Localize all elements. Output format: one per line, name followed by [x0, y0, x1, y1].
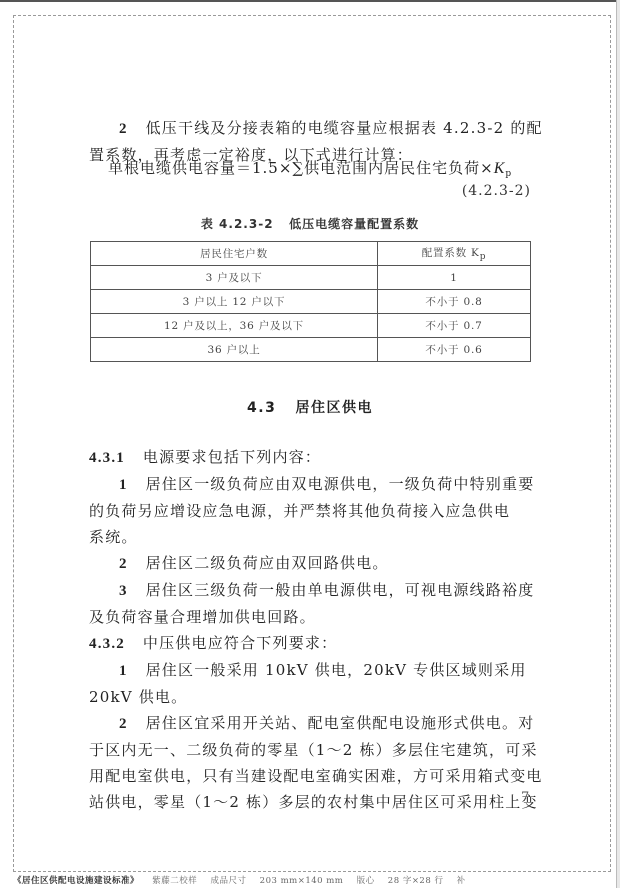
footer-layout-label: 版心	[357, 876, 375, 886]
table-caption: 表 4.2.3-2 低压电缆容量配置系数	[89, 215, 531, 232]
footer-book-title: 《居住区供配电设施建设标准》	[13, 876, 139, 886]
item-text: 居住区宜采用开关站、配电室供配电设施形式供电。对	[146, 714, 535, 732]
item-text: 居住区三级负荷一般由单电源供电，可视电源线路裕度	[146, 581, 535, 599]
table-cell: 不小于 0.7	[378, 314, 531, 338]
table-cell: 不小于 0.6	[378, 338, 531, 362]
table-caption-title: 低压电缆容量配置系数	[289, 217, 419, 231]
table-cell: 1	[378, 266, 531, 290]
item-number: 2	[119, 556, 128, 572]
footer-proof: 紫藤二校样	[152, 876, 197, 886]
item-number: 2	[119, 716, 128, 732]
table-header-subscript: p	[480, 252, 487, 262]
item-number: 2	[119, 121, 128, 137]
item-text: 用配电室供电，只有当建设配电室确实困难，方可采用箱式变电	[89, 763, 531, 789]
formula-text: 单根电缆供电容量＝1.5×∑供电范围内居民住宅负荷×	[108, 159, 494, 177]
item-text: 居住区一级负荷应由双电源供电，一级负荷中特别重要	[146, 475, 535, 493]
table-row: 3 户以上 12 户以下 不小于 0.8	[91, 290, 531, 314]
footer-size-value: 203 mm×140 mm	[260, 876, 344, 886]
section-number: 4.3	[247, 400, 276, 416]
table-cell: 不小于 0.8	[378, 290, 531, 314]
table-cell: 12 户及以上，36 户及以下	[91, 314, 378, 338]
table-header: 配置系数 Kp	[378, 242, 531, 266]
table-header-text: 配置系数 K	[422, 247, 480, 259]
item-text: 20kV 供电。	[89, 684, 531, 710]
table-row: 12 户及以上，36 户及以下 不小于 0.7	[91, 314, 531, 338]
table-header-row: 居民住宅户数 配置系数 Kp	[91, 242, 531, 266]
footer-extra: 补	[457, 876, 466, 886]
clause-number: 4.3.2	[89, 636, 125, 652]
item-number: 1	[119, 477, 128, 493]
clause-4-3-1: 4.3.1 电源要求包括下列内容： 1 居住区一级负荷应由双电源供电，一级负荷中…	[89, 444, 531, 815]
formula-subscript: p	[505, 169, 512, 179]
formula-number: (4.2.3-2)	[462, 183, 531, 199]
table-row: 36 户以上 不小于 0.6	[91, 338, 531, 362]
clause-intro: 中压供电应符合下列要求：	[143, 634, 337, 652]
item-text: 居住区一般采用 10kV 供电，20kV 专供区域则采用	[146, 661, 527, 679]
clause-number: 4.3.1	[89, 450, 125, 466]
formula-symbol: K	[494, 160, 506, 177]
item-text: 的负荷另应增设应急电源，并严禁将其他负荷接入应急供电	[89, 498, 531, 524]
paragraph-text: 低压干线及分接表箱的电缆容量应根据表 4.2.3-2 的配	[146, 119, 543, 137]
section-title: 居住区供电	[295, 400, 373, 416]
item-number: 3	[119, 583, 128, 599]
viewer-right-edge	[616, 0, 620, 888]
coefficient-table: 居民住宅户数 配置系数 Kp 3 户及以下 1 3 户以上 12 户以下 不小于…	[90, 241, 531, 362]
item-number: 1	[119, 663, 128, 679]
footer-layout-value: 28 字×28 行	[388, 876, 444, 886]
print-footer: 《居住区供配电设施建设标准》 紫藤二校样 成品尺寸 203 mm×140 mm …	[13, 874, 476, 886]
item-text: 及负荷容量合理增加供电回路。	[89, 604, 531, 630]
formula: 单根电缆供电容量＝1.5×∑供电范围内居民住宅负荷×Kp	[108, 157, 512, 179]
item-text: 居住区二级负荷应由双回路供电。	[146, 554, 389, 572]
clause-intro: 电源要求包括下列内容：	[143, 448, 321, 466]
table-caption-label: 表 4.2.3-2	[201, 217, 274, 231]
item-text: 系统。	[89, 524, 531, 550]
section-heading: 4.3 居住区供电	[89, 397, 531, 417]
item-text: 站供电，零星（1～2 栋）多层的农村集中居住区可采用柱上变	[89, 789, 531, 815]
viewer-top-border	[0, 0, 620, 2]
table-header: 居民住宅户数	[91, 242, 378, 266]
table-cell: 3 户及以下	[91, 266, 378, 290]
table-row: 3 户及以下 1	[91, 266, 531, 290]
item-text: 于区内无一、二级负荷的零星（1～2 栋）多层住宅建筑，可采	[89, 737, 531, 763]
table-cell: 3 户以上 12 户以下	[91, 290, 378, 314]
page-number: 7	[521, 790, 529, 805]
footer-size-label: 成品尺寸	[210, 876, 246, 886]
table-cell: 36 户以上	[91, 338, 378, 362]
